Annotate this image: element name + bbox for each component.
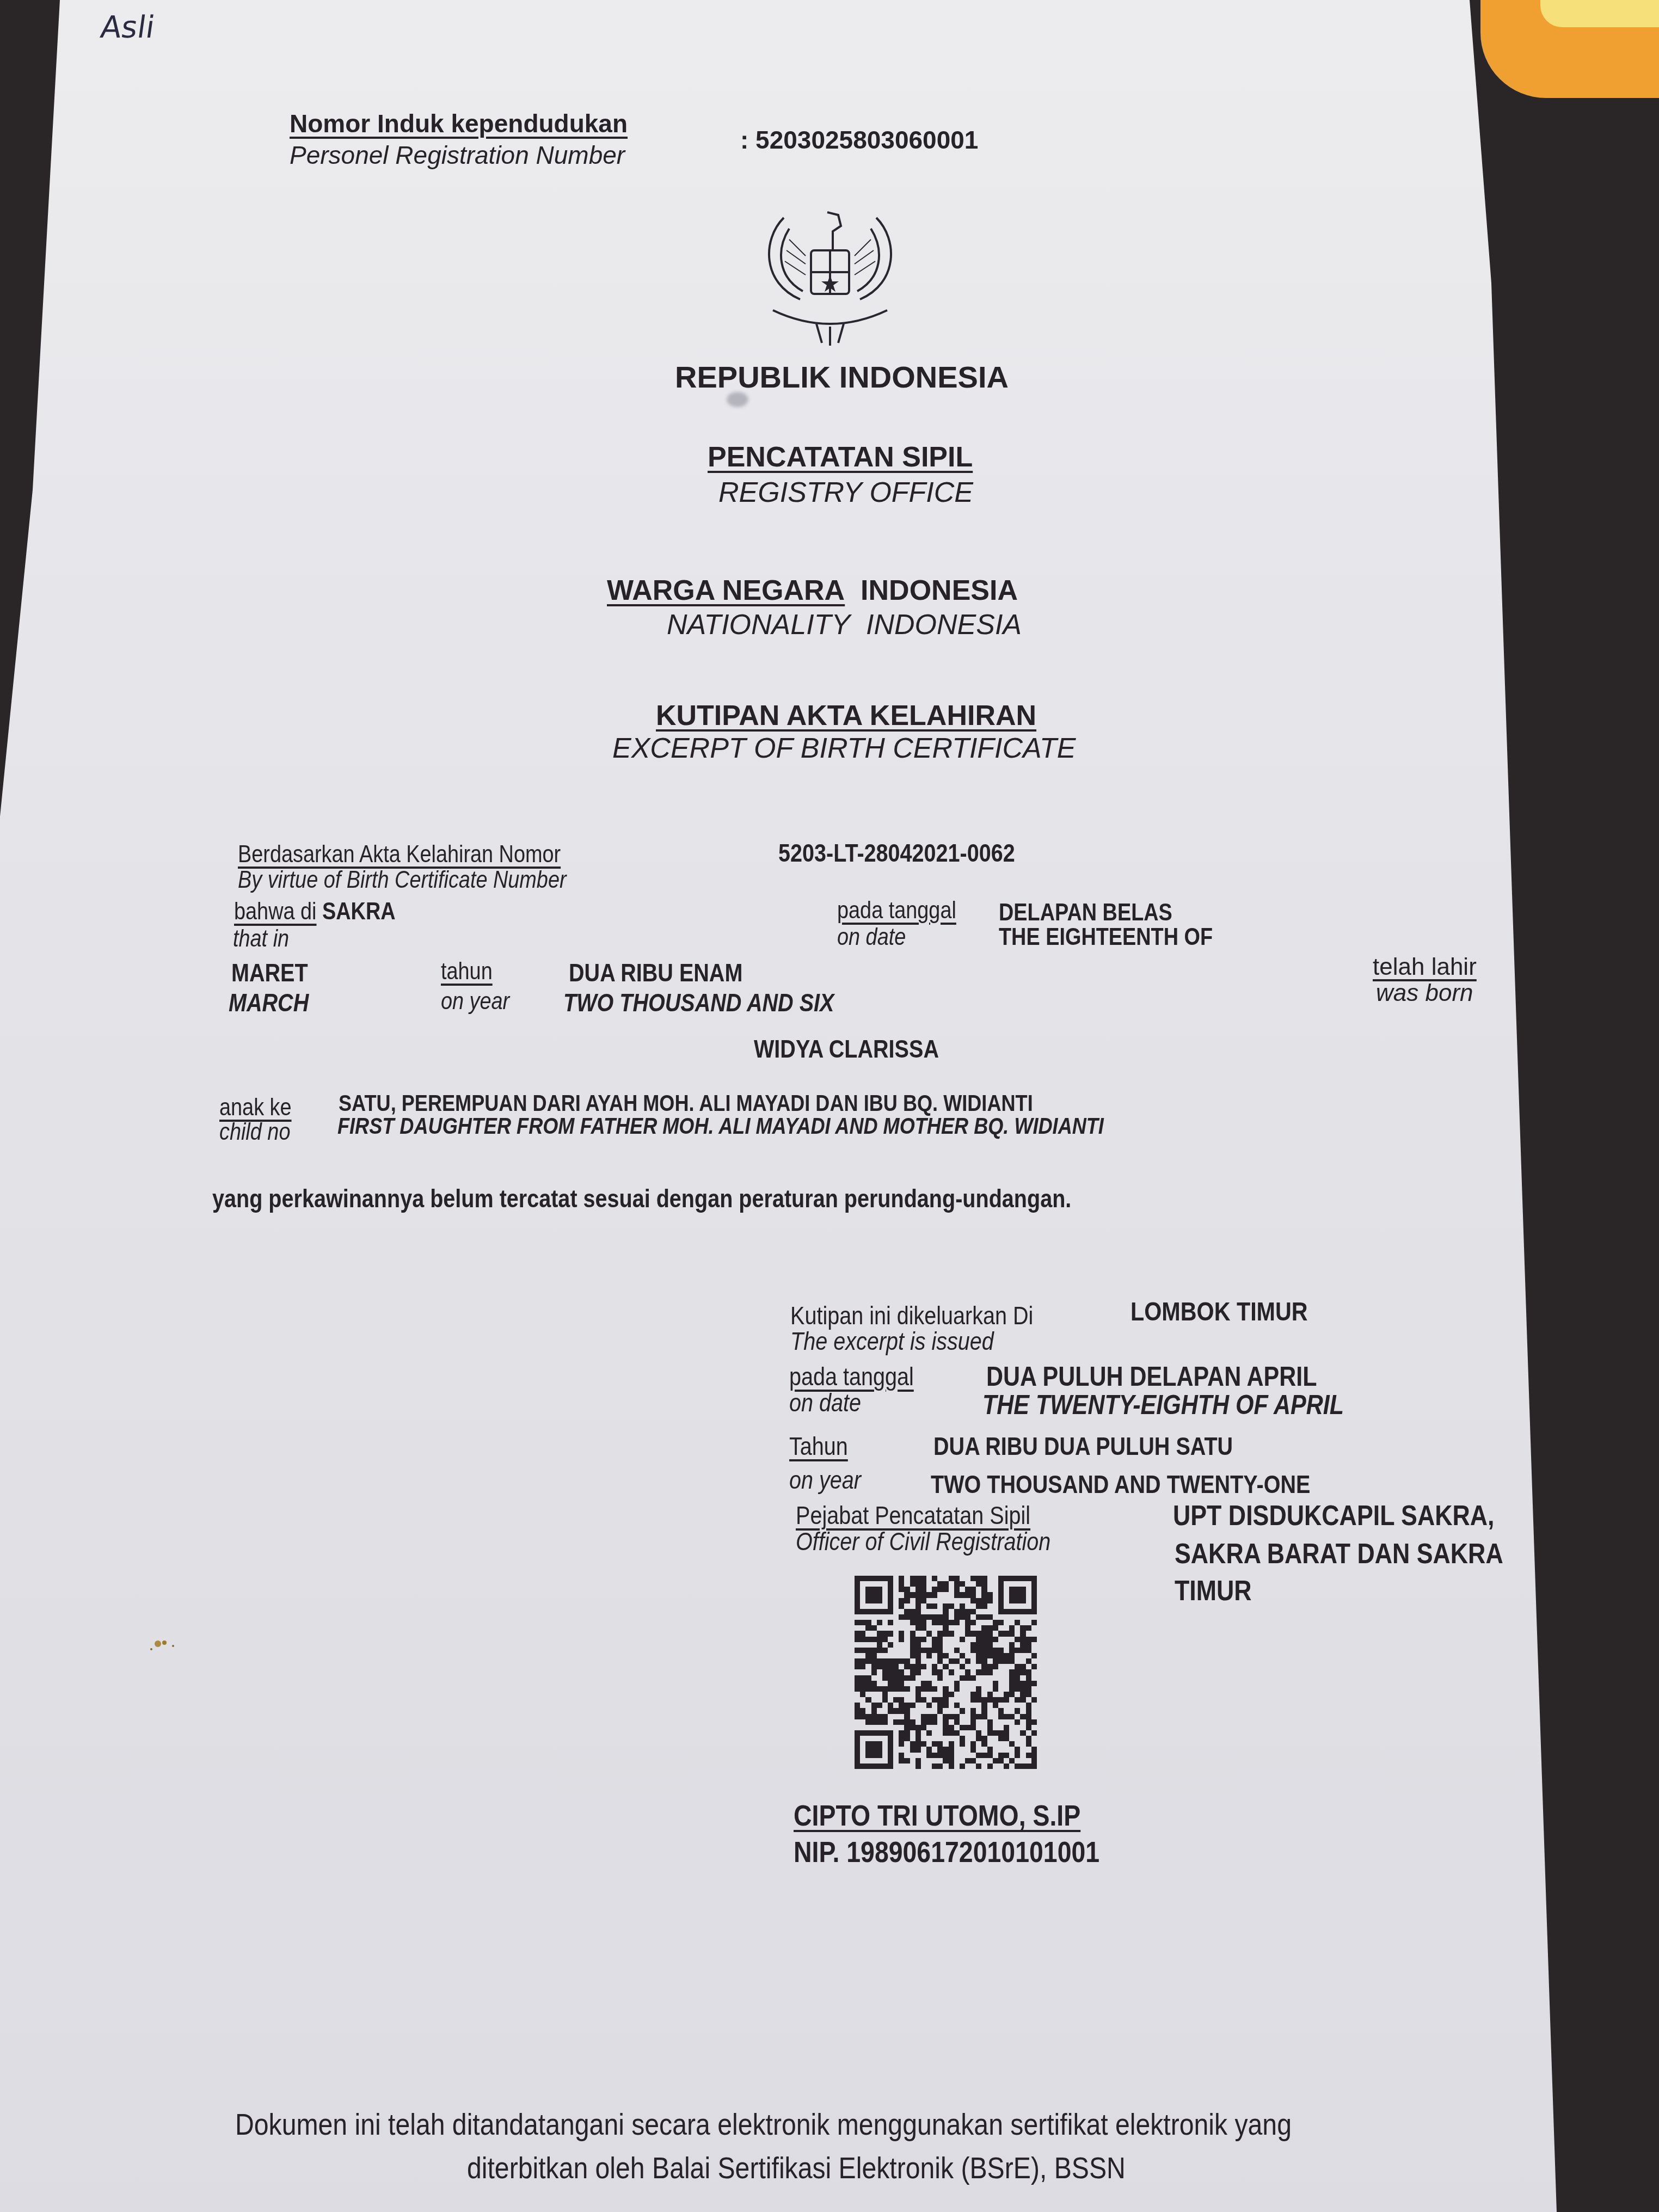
garuda-emblem-icon [751,207,909,348]
officer-nip: NIP. 198906172010101001 [794,1835,1099,1869]
issue-year-id: DUA RIBU DUA PULUH SATU [933,1431,1233,1461]
birth-day-en: THE EIGHTEENTH OF [999,924,1213,951]
nik-value: : 5203025803060001 [740,125,978,155]
footer-line-1: Dokumen ini telah ditandatangani secara … [235,2106,1292,2142]
born-label-en: was born [1376,980,1473,1007]
footer-line-2: diterbitkan oleh Balai Sertifikasi Elekt… [467,2150,1126,2185]
orange-bottle-object [1480,0,1659,98]
child-no-label-en: child no [219,1119,290,1146]
place-value: SAKRA [322,898,396,925]
office-title-en: REGISTRY OFFICE [718,476,973,509]
child-no-label-id: anak ke [219,1094,292,1121]
officer-label-en: Officer of Civil Registration [796,1527,1050,1556]
issue-date-id: DUA PULUH DELAPAN APRIL [986,1361,1317,1392]
cert-label-id: Berdasarkan Akta Kelahiran Nomor [238,841,561,868]
doc-title-id: KUTIPAN AKTA KELAHIRAN [656,699,1036,732]
place-label-id: bahwa di [234,898,316,925]
birth-month-en: MARCH [229,988,309,1017]
birth-year-en: TWO THOUSAND AND SIX [563,988,834,1017]
birth-date-label-id: pada tanggal [837,897,956,924]
birth-date-label-en: on date [837,924,906,951]
child-desc-id: SATU, PEREMPUAN DARI AYAH MOH. ALI MAYAD… [339,1090,1033,1116]
birth-day-id: DELAPAN BELAS [999,899,1172,926]
nik-label-id: Nomor Induk kependudukan [290,109,628,138]
qr-code[interactable] [855,1576,1037,1769]
cert-label-en: By virtue of Birth Certificate Number [238,867,567,894]
nationality-label-id: WARGA NEGARA [607,575,845,606]
issue-place-label-en: The excerpt is issued [790,1326,994,1356]
office-title-id: PENCATATAN SIPIL [708,441,973,474]
issue-year-label-id: Tahun [789,1431,848,1461]
place-label-en: that in [233,925,289,953]
nationality-label-en: NATIONALITY [667,609,850,641]
issue-place-label-id: Kutipan ini dikeluarkan Di [790,1301,1033,1330]
office-line-1: UPT DISDUKCAPIL SAKRA, [1173,1500,1495,1532]
nationality-value-en: INDONESIA [866,609,1022,641]
country-title: REPUBLIK INDONESIA [675,359,1009,395]
office-line-2: SAKRA BARAT DAN SAKRA [1175,1538,1503,1570]
handwritten-note: Asli [98,10,157,45]
issue-year-en: TWO THOUSAND AND TWENTY-ONE [931,1470,1310,1499]
child-name: WIDYA CLARISSA [754,1034,939,1064]
birth-year-label-en: on year [441,988,509,1015]
birth-year-id: DUA RIBU ENAM [569,958,742,987]
nik-label-en: Personel Registration Number [290,140,625,170]
officer-name: CIPTO TRI UTOMO, S.IP [794,1799,1080,1833]
born-label-id: telah lahir [1373,954,1477,981]
office-line-3: TIMUR [1175,1575,1252,1607]
officer-label-id: Pejabat Pencatatan Sipil [796,1501,1030,1530]
paper-stain [147,1633,180,1655]
cert-number: 5203-LT-28042021-0062 [778,838,1015,868]
issue-date-label-en: on date [789,1388,861,1417]
doc-title-en: EXCERPT OF BIRTH CERTIFICATE [612,732,1076,765]
issue-date-en: THE TWENTY-EIGHTH OF APRIL [982,1389,1344,1421]
issue-place-value: LOMBOK TIMUR [1130,1297,1308,1327]
birth-month-id: MARET [231,958,308,987]
birth-year-label-id: tahun [441,958,493,985]
nationality-value-id: INDONESIA [861,575,1018,606]
marriage-note: yang perkawinannya belum tercatat sesuai… [212,1184,1071,1213]
issue-year-label-en: on year [789,1465,861,1495]
issue-date-label-id: pada tanggal [789,1362,914,1391]
bottle-label [1540,0,1659,27]
child-desc-en: FIRST DAUGHTER FROM FATHER MOH. ALI MAYA… [337,1113,1104,1139]
